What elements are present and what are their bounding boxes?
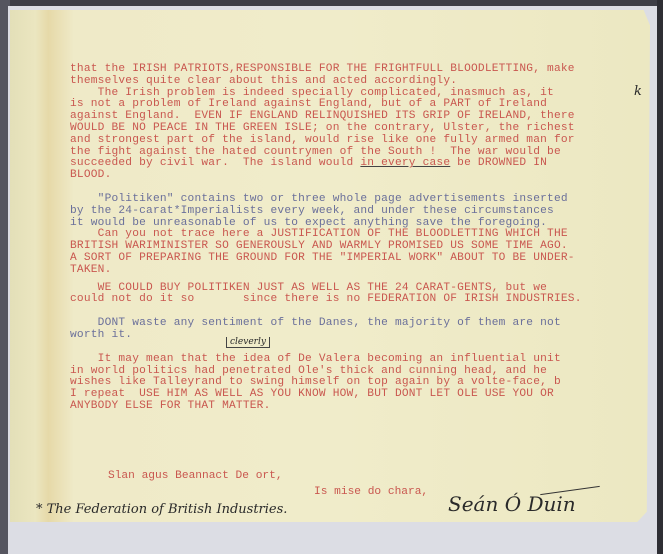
underlined-phrase: in every case [360, 157, 450, 169]
text-line: themselves quite clear about this and ac… [70, 76, 650, 88]
paragraph-irish-problem: The Irish problem is indeed specially co… [70, 88, 650, 182]
valediction: Is mise do chara, [314, 486, 428, 498]
text-line: and strongest part of the island, would … [70, 135, 650, 147]
letter-body: that the IRISH PATRIOTS,RESPONSIBLE FOR … [70, 64, 650, 413]
text-line: WOULD BE NO PEACE IN THE GREEN ISLE; on … [70, 123, 650, 135]
paragraph-politiken: "Politiken" contains two or three whole … [70, 194, 650, 229]
paragraph-irish-patriots: that the IRISH PATRIOTS,RESPONSIBLE FOR … [70, 64, 650, 88]
paragraph-de-valera: It may mean that the idea of De Valera b… [70, 354, 650, 413]
text-line: TAKEN. [70, 265, 650, 277]
photo-background-right [657, 0, 663, 554]
text-line: succeeded by civil war. The island would… [70, 158, 650, 170]
paragraph-buy-politiken: WE COULD BUY POLITIKEN JUST AS WELL AS T… [70, 283, 650, 307]
text-line: by the 24-carat*Imperialists every week,… [70, 206, 650, 218]
text-line: DONT waste any sentiment of the Danes, t… [70, 318, 650, 330]
text-line: worth it. [70, 330, 650, 342]
text-line: could not do it so since there is no FED… [70, 294, 650, 306]
text-line: BLOOD. [70, 170, 650, 182]
paragraph-justification: Can you not trace here a JUSTIFICATION O… [70, 229, 650, 276]
text-line: ANYBODY ELSE FOR THAT MATTER. [70, 401, 650, 413]
paragraph-danes: DONT waste any sentiment of the Danes, t… [70, 318, 650, 342]
text-line: "Politiken" contains two or three whole … [70, 194, 650, 206]
footnote: * The Federation of British Industries. [36, 502, 287, 517]
text-line: It may mean that the idea of De Valera b… [70, 354, 650, 366]
signature: Seán Ó Duin [448, 492, 576, 516]
handwritten-insert: k [634, 84, 642, 99]
text-line: A SORT OF PREPARING THE GROUND FOR THE "… [70, 253, 650, 265]
text-segment: be DROWNED IN [450, 157, 547, 169]
text-segment: succeeded by civil war. The island would [70, 157, 360, 169]
salutation: Slan agus Beannact De ort, [108, 470, 283, 482]
handwritten-correction: cleverly [226, 337, 270, 348]
